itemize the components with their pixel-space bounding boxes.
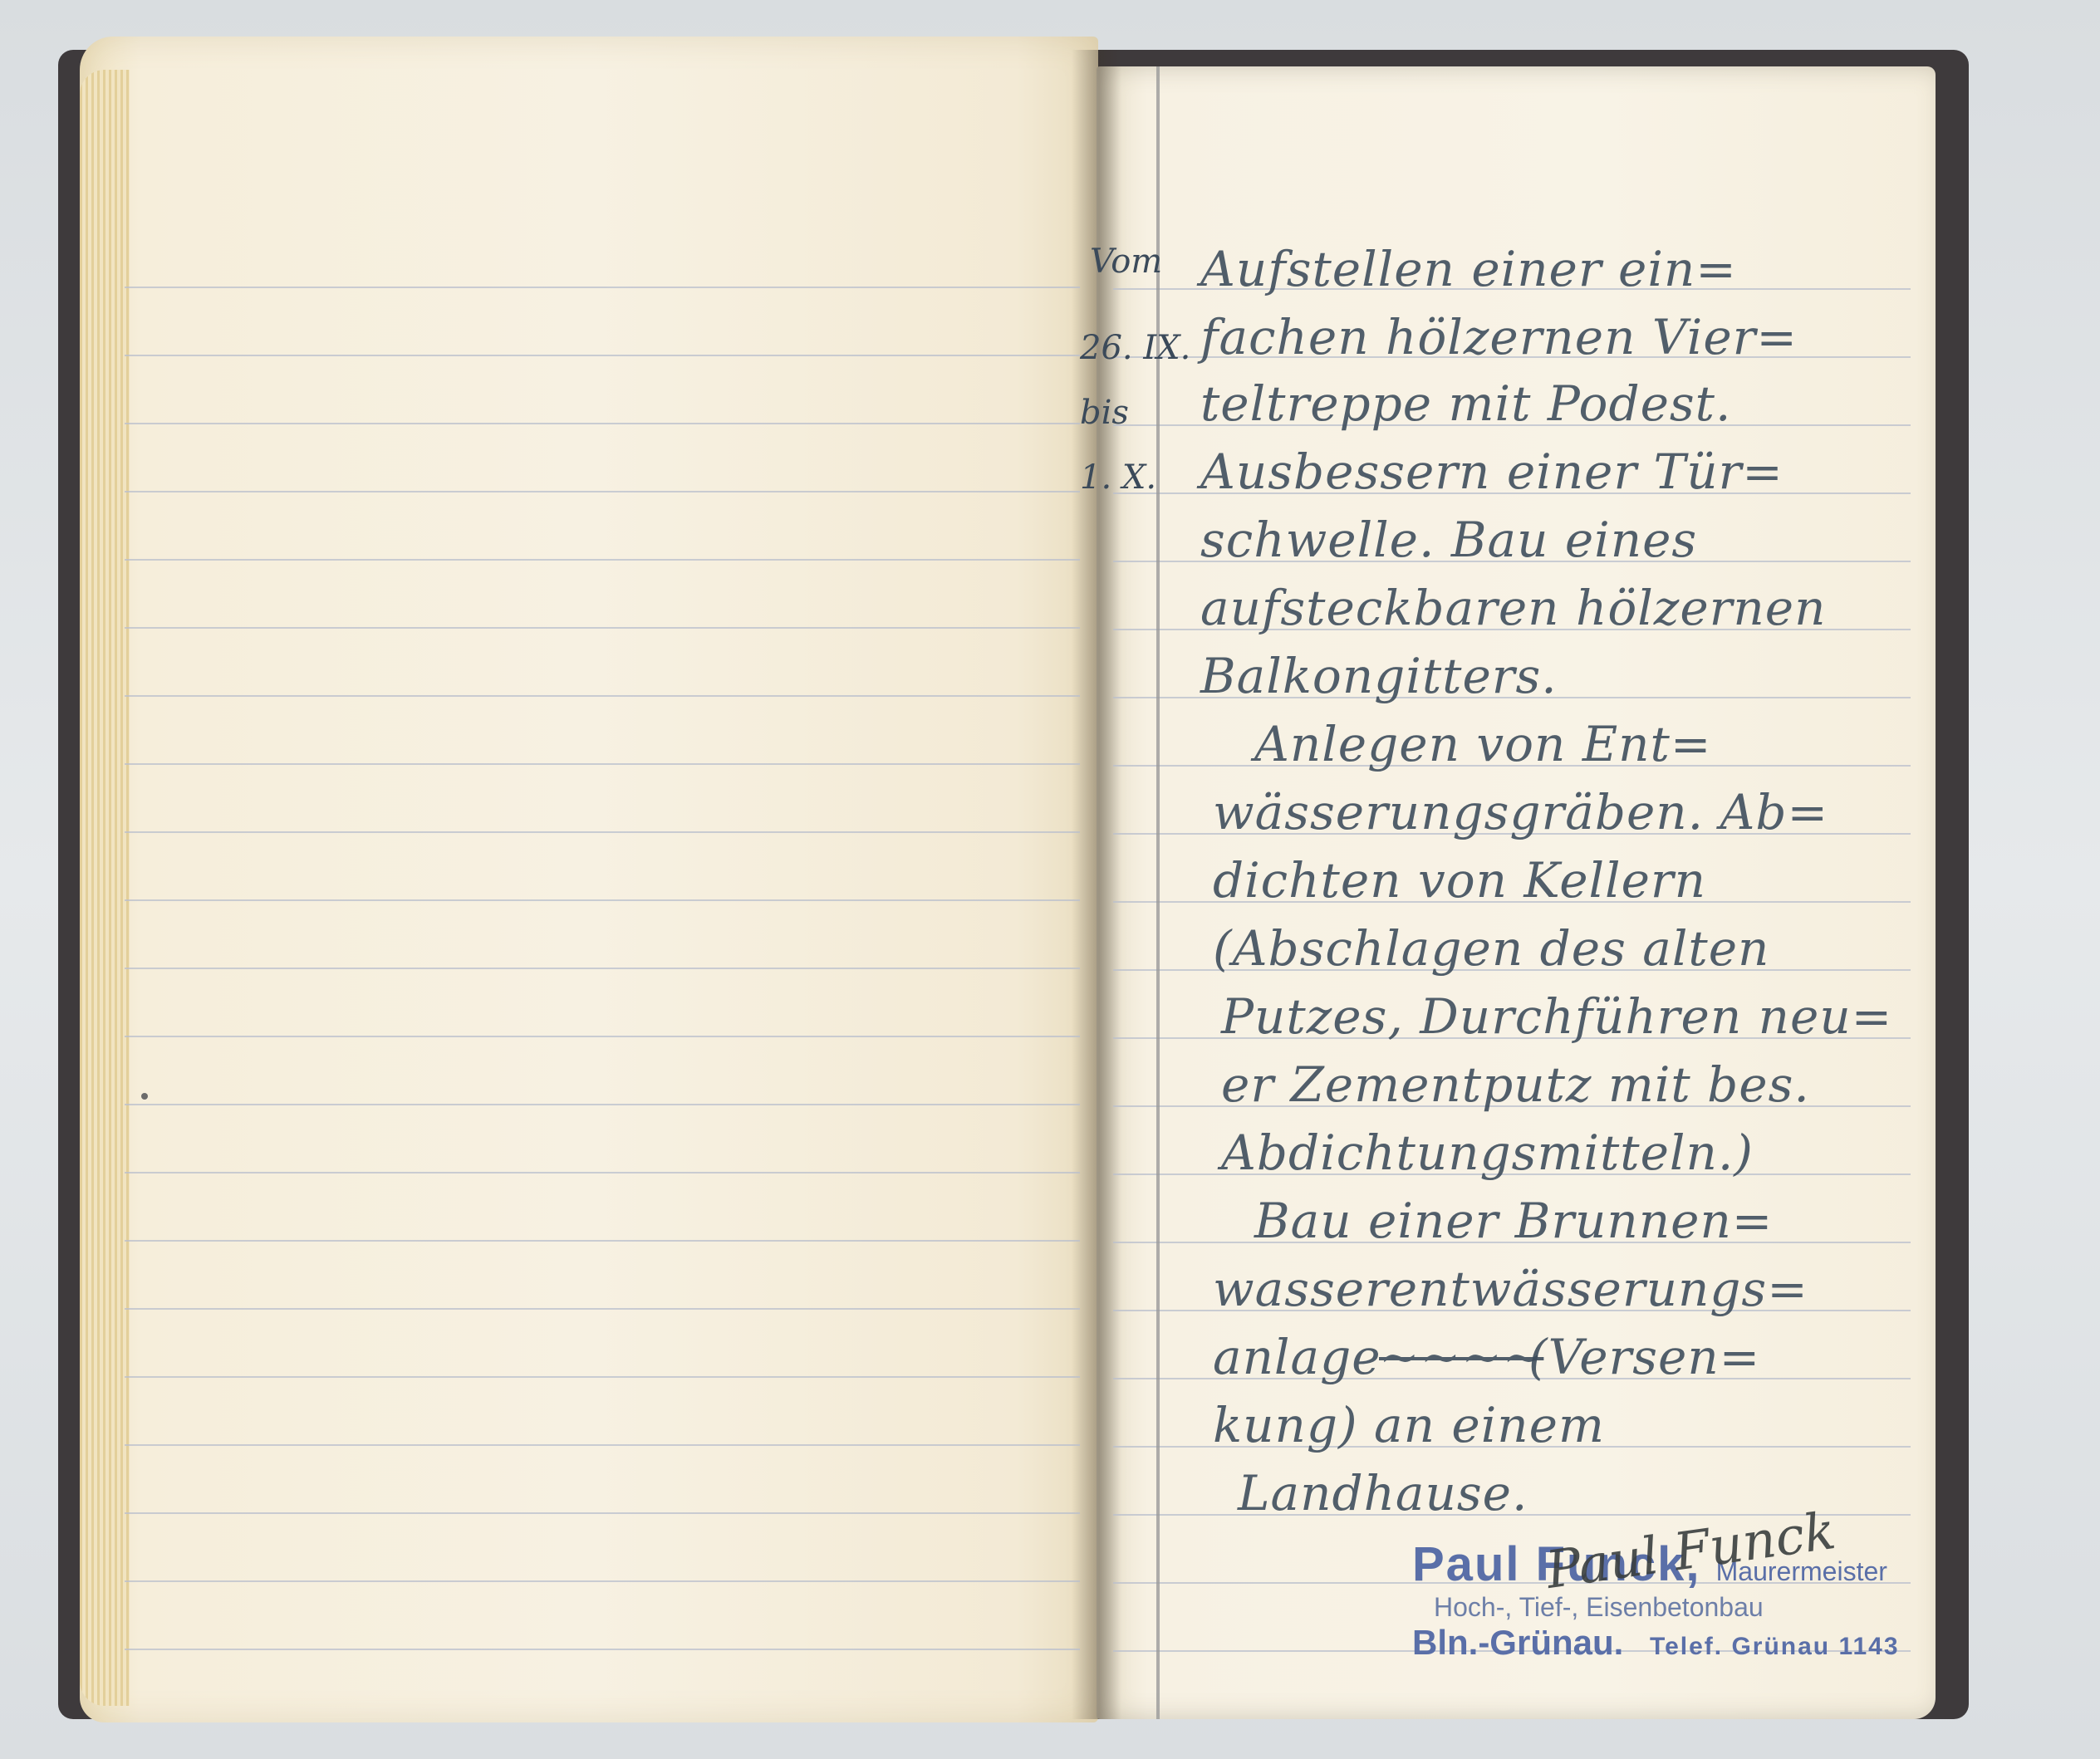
hw-line: Putzes, Durchführen neu= xyxy=(1221,988,1892,1045)
ruled-line xyxy=(125,968,1080,969)
ruled-line xyxy=(125,899,1080,901)
margin-note-to: bis xyxy=(1080,394,1129,432)
ruled-line xyxy=(125,1444,1080,1446)
book-gutter xyxy=(1072,50,1121,1719)
left-page xyxy=(80,37,1098,1722)
margin-note-end-date: 1. X. xyxy=(1080,458,1156,497)
margin-note-start-date: 26. IX. xyxy=(1080,329,1190,367)
stamp-phone: Telef. Grünau 1143 xyxy=(1650,1633,1900,1660)
ruled-line xyxy=(125,1036,1080,1037)
ruled-line xyxy=(125,1308,1080,1310)
ruled-line xyxy=(125,355,1080,356)
hw-line: Landhause. xyxy=(1238,1465,1528,1521)
ruled-line xyxy=(125,763,1080,765)
hw-line: Anlegen von Ent= xyxy=(1254,716,1711,772)
hw-line: schwelle. Bau eines xyxy=(1200,512,1697,568)
hw-line: wässerungsgräben. Ab= xyxy=(1213,784,1828,840)
ruled-line xyxy=(125,1172,1080,1173)
hw-line: Abdichtungsmitteln.) xyxy=(1221,1124,1754,1181)
hw-line: anlage xyxy=(1213,1329,1381,1385)
ruled-line xyxy=(125,1580,1080,1582)
hw-line: (Versen= xyxy=(1528,1329,1760,1385)
hw-line: Ausbessern einer Tür= xyxy=(1200,443,1784,500)
hw-line: wasserentwässerungs= xyxy=(1213,1261,1808,1317)
hw-line: aufsteckbaren hölzernen xyxy=(1200,580,1826,636)
ruled-line xyxy=(125,559,1080,561)
hw-line: Balkongitters. xyxy=(1200,648,1558,704)
ruled-line xyxy=(125,491,1080,492)
hw-line: Aufstellen einer ein= xyxy=(1200,241,1737,297)
ruled-line xyxy=(125,1376,1080,1378)
hw-line: fachen hölzernen Vier= xyxy=(1200,309,1798,365)
hw-line: Bau einer Brunnen= xyxy=(1254,1193,1773,1249)
ruled-line xyxy=(125,627,1080,629)
ruled-line xyxy=(125,1512,1080,1514)
struck-out-text: ~~~~ xyxy=(1379,1329,1543,1385)
ruled-line xyxy=(125,1104,1080,1105)
page-edges xyxy=(80,70,130,1706)
stamp-address-line: Bln.-Grünau. Telef. Grünau 1143 xyxy=(1412,1623,1900,1663)
margin-line xyxy=(1156,66,1160,1719)
ruled-line xyxy=(125,831,1080,833)
ink-speck xyxy=(141,1093,148,1100)
hw-line: teltreppe mit Podest. xyxy=(1200,375,1731,432)
ruled-line xyxy=(125,287,1080,288)
stamp-location: Bln.-Grünau. xyxy=(1412,1623,1623,1662)
hw-line: (Abschlagen des alten xyxy=(1213,920,1769,977)
hw-line: dichten von Kellern xyxy=(1213,852,1706,909)
ruled-line xyxy=(125,423,1080,424)
ruled-line xyxy=(125,1649,1080,1650)
hw-line: er Zementputz mit bes. xyxy=(1221,1056,1810,1113)
ruled-line xyxy=(125,1240,1080,1242)
ruled-line xyxy=(125,695,1080,697)
margin-note-from: Vom xyxy=(1090,243,1162,281)
stamp-services: Hoch-, Tief-, Eisenbetonbau xyxy=(1434,1592,1900,1623)
hw-line: kung) an einem xyxy=(1213,1397,1605,1453)
